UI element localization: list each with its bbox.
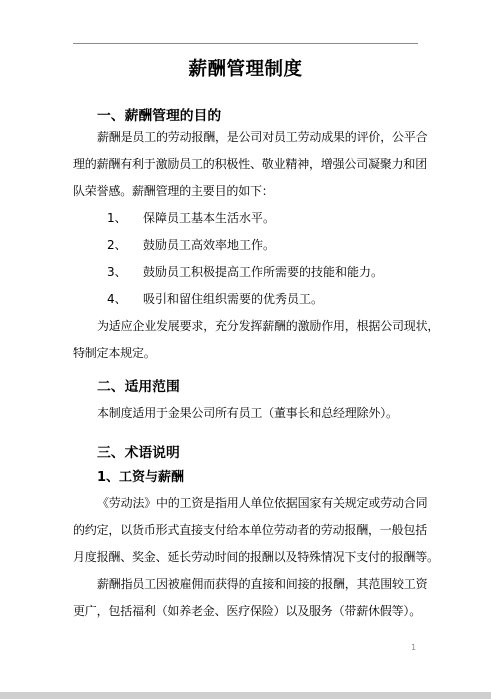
paragraph-line: 本制度适用于金果公司所有员工（董事长和总经理除外）。 (73, 400, 445, 427)
paragraph-line: 队荣誉感。薪酬管理的主要目的如下： (73, 178, 445, 205)
page-number: 1 (411, 643, 416, 653)
list-item-number: 3、 (107, 259, 143, 286)
list-item-text: 吸引和留住组织需要的优秀员工。 (143, 292, 323, 306)
list-item: 4、吸引和留住组织需要的优秀员工。 (73, 286, 445, 313)
section-1-paragraph-2: 为适应企业发展要求，充分发挥薪酬的激励作用，根据公司现状， 特制定本规定。 (73, 313, 445, 367)
paragraph-line: 特制定本规定。 (73, 340, 445, 367)
paragraph-line: 的约定，以货币形式直接支付给本单位劳动者的劳动报酬，一般包括 (73, 517, 445, 544)
section-2-paragraph-1: 本制度适用于金果公司所有员工（董事长和总经理除外）。 (73, 400, 445, 427)
paragraph-line: 《劳动法》中的工资是指用人单位依据国家有关规定或劳动合同 (73, 490, 445, 517)
list-item: 2、鼓励员工高效率地工作。 (73, 232, 445, 259)
paragraph-line: 薪酬指员工因被雇佣而获得的直接和间接的报酬，其范围较工资 (73, 571, 445, 598)
list-item: 1、保障员工基本生活水平。 (73, 205, 445, 232)
paragraph-line: 月度报酬、奖金、延长劳动时间的报酬以及特殊情况下支付的报酬等。 (73, 544, 445, 571)
header-rule (73, 43, 418, 44)
bottom-bar (0, 692, 491, 699)
list-item-number: 1、 (107, 205, 143, 232)
section-3-paragraph-1: 《劳动法》中的工资是指用人单位依据国家有关规定或劳动合同 的约定，以货币形式直接… (73, 490, 445, 571)
list-item-text: 鼓励员工积极提高工作所需要的技能和能力。 (143, 265, 383, 279)
section-2-heading: 二、适用范围 (73, 374, 469, 401)
list-item-text: 鼓励员工高效率地工作。 (143, 238, 275, 252)
section-1-paragraph-1: 薪酬是员工的劳动报酬，是公司对员工劳动成果的评价，公平合 理的薪酬有利于激励员工… (73, 124, 445, 205)
document-page: 薪酬管理制度 一、薪酬管理的目的 薪酬是员工的劳动报酬，是公司对员工劳动成果的评… (0, 0, 491, 699)
document-title: 薪酬管理制度 (73, 56, 418, 84)
section-3-heading: 三、术语说明 (73, 440, 469, 467)
section-1-numbered-list: 1、保障员工基本生活水平。 2、鼓励员工高效率地工作。 3、鼓励员工积极提高工作… (73, 205, 445, 313)
paragraph-line: 为适应企业发展要求，充分发挥薪酬的激励作用，根据公司现状， (73, 313, 445, 340)
paragraph-line: 理的薪酬有利于激励员工的积极性、敬业精神，增强公司凝聚力和团 (73, 151, 445, 178)
paragraph-line: 更广，包括福利（如养老金、医疗保险）以及服务（带薪休假等）。 (73, 598, 445, 625)
list-item-number: 2、 (107, 232, 143, 259)
list-item-text: 保障员工基本生活水平。 (143, 211, 275, 225)
list-item-number: 4、 (107, 286, 143, 313)
paragraph-line: 薪酬是员工的劳动报酬，是公司对员工劳动成果的评价，公平合 (73, 124, 445, 151)
list-item: 3、鼓励员工积极提高工作所需要的技能和能力。 (73, 259, 445, 286)
section-3-paragraph-2: 薪酬指员工因被雇佣而获得的直接和间接的报酬，其范围较工资 更广，包括福利（如养老… (73, 571, 445, 625)
section-3-sub-heading: 1、工资与薪酬 (73, 464, 469, 491)
